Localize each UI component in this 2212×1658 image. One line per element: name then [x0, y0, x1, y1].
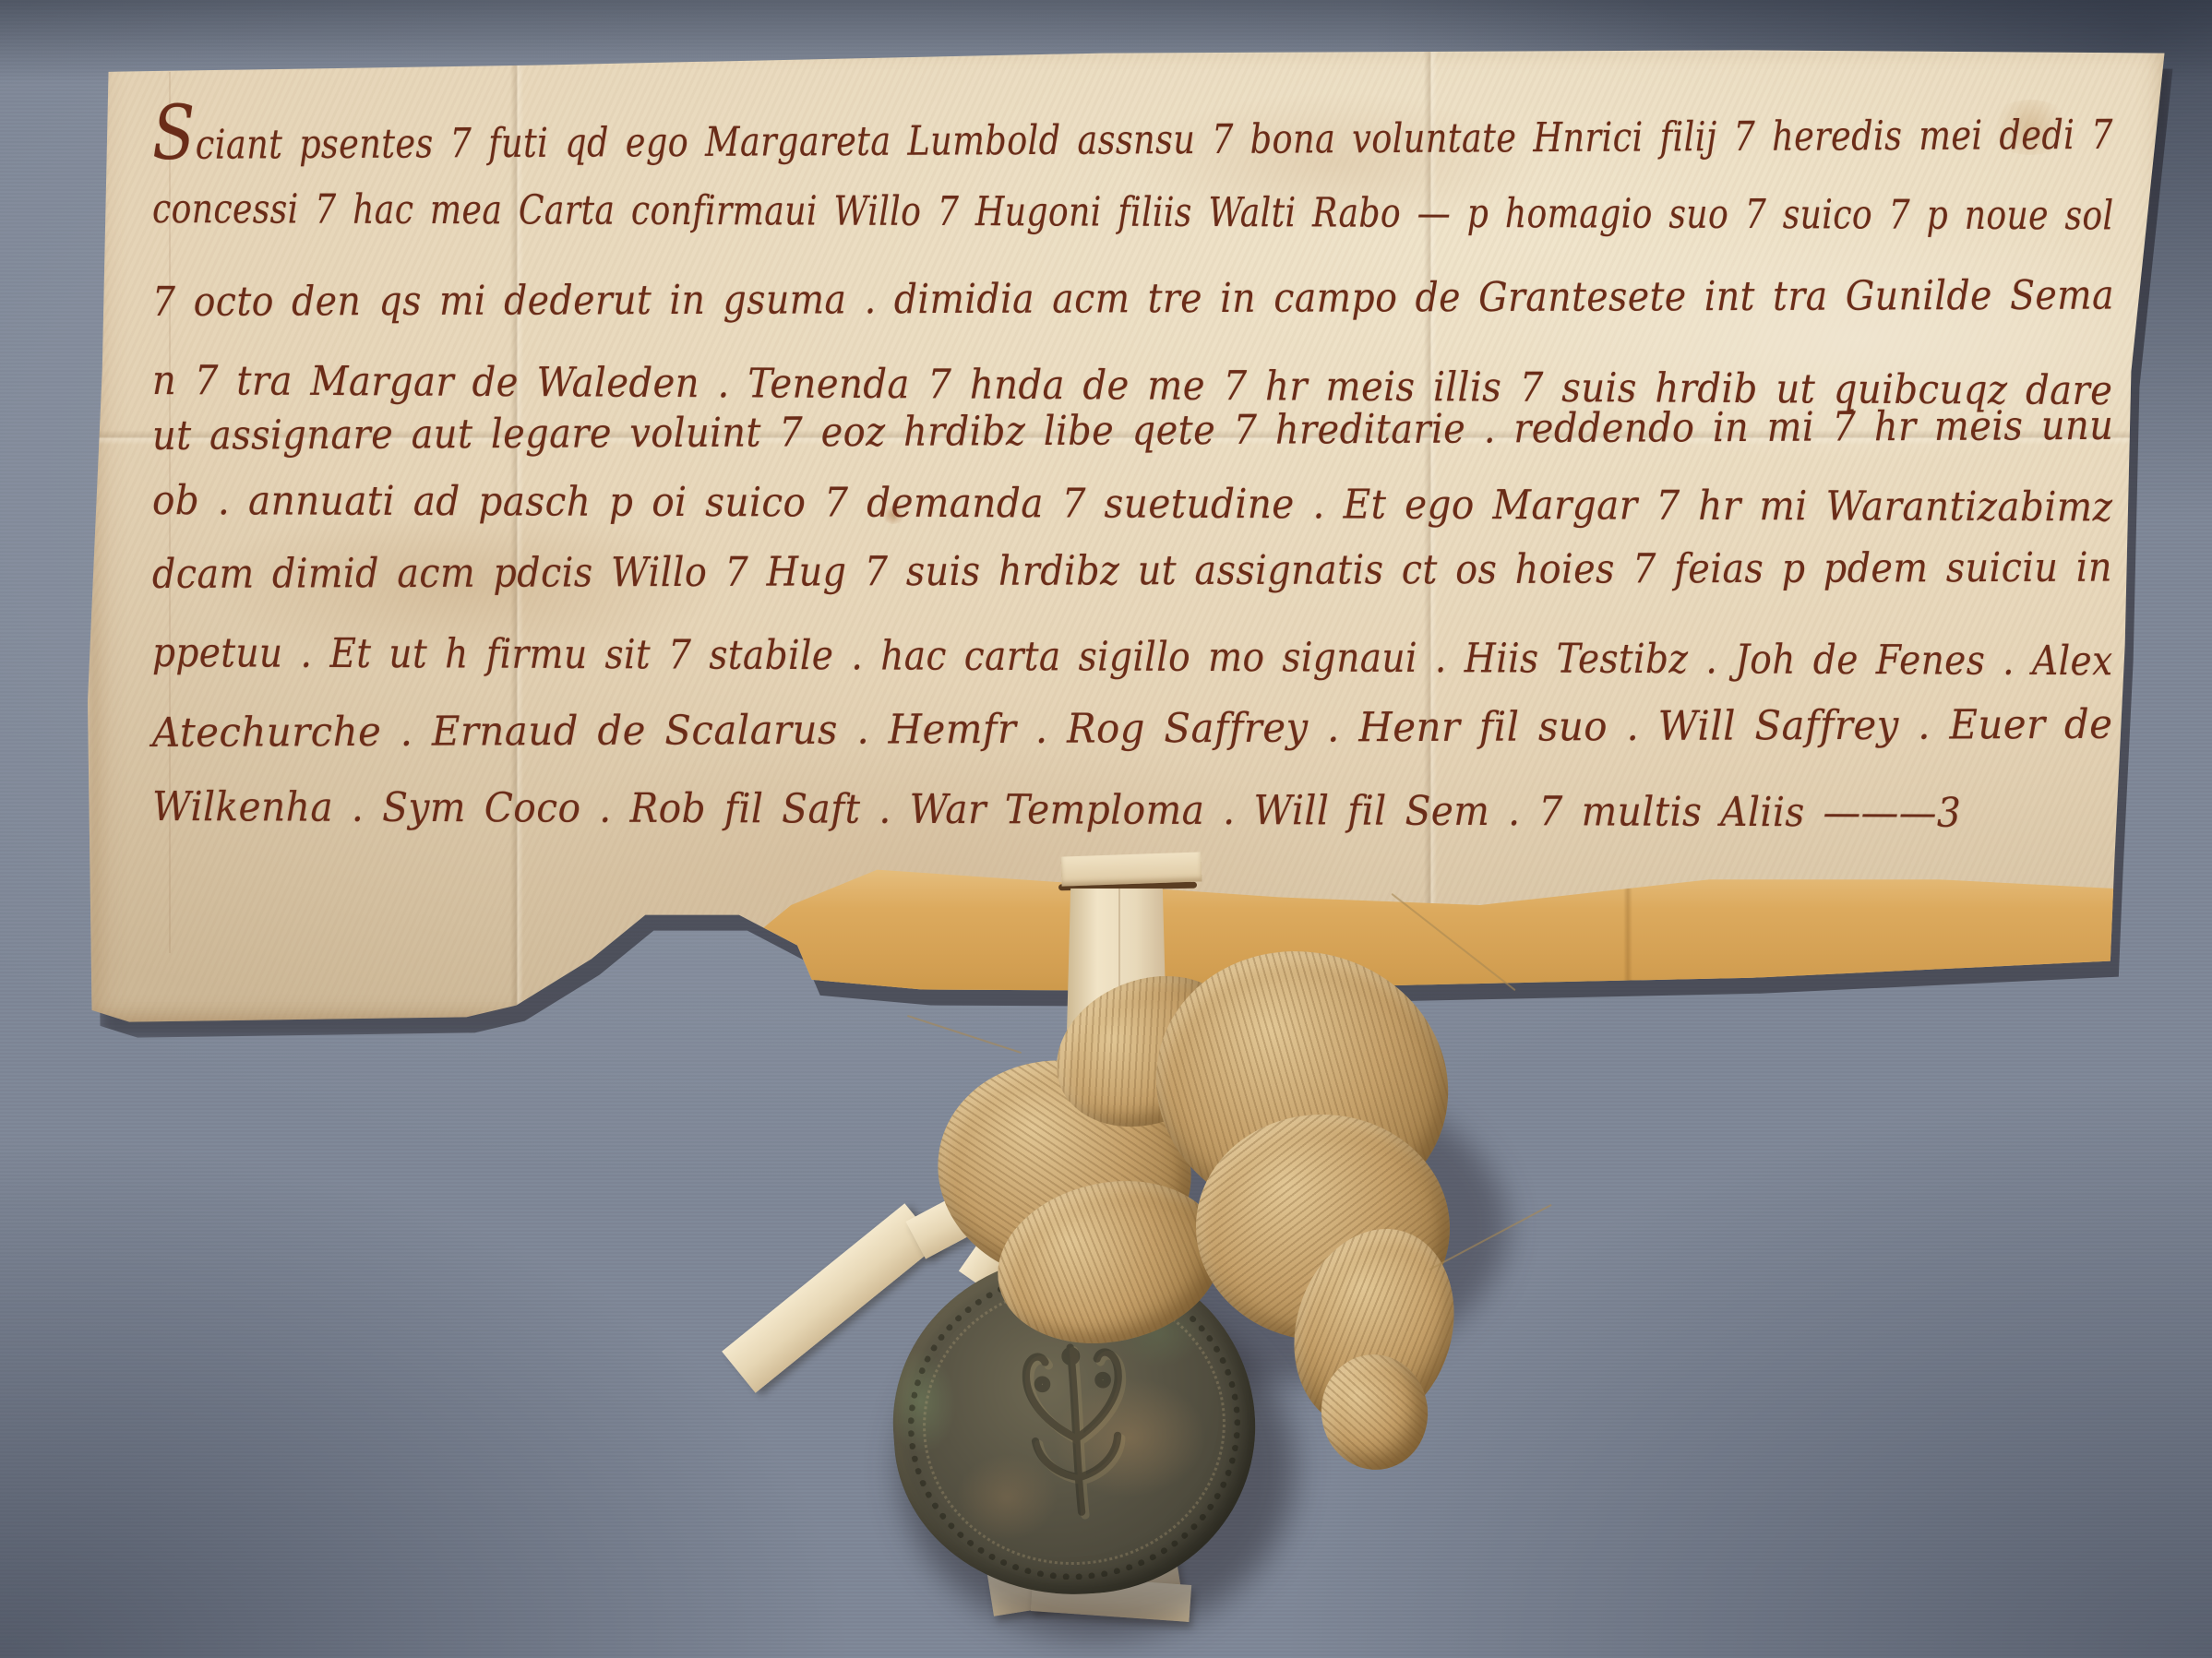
manuscript-line-5: ut assignare aut legare voluint 7 eoz hr…	[152, 400, 2114, 462]
manuscript-line-1: Sciant psentes 7 futi qd ego Margareta L…	[152, 93, 2113, 172]
manuscript-line-6: ob . annuati ad pasch p oi suico 7 deman…	[152, 475, 2113, 533]
manuscript-line-3: 7 octo den qs mi dederut in gsuma . dimi…	[152, 270, 2114, 328]
manuscript-line-2: concessi 7 hac mea Carta confirmaui Will…	[152, 184, 2114, 242]
manuscript-line-9: Atechurche . Ernaud de Scalarus . Hemfr …	[152, 699, 2113, 759]
seal-tag-upper-stub	[1060, 852, 1202, 886]
charter-photograph: Sciant psentes 7 futi qd ego Margareta L…	[0, 0, 2212, 1658]
manuscript-line-10: Wilkenha . Sym Coco . Rob fil Saft . War…	[152, 781, 1961, 840]
manuscript-line-7: dcam dimid acm pdcis Willo 7 Hug 7 suis …	[152, 543, 2112, 601]
manuscript-line-8: ppetuu . Et ut h firmu sit 7 stabile . h…	[152, 627, 2113, 687]
